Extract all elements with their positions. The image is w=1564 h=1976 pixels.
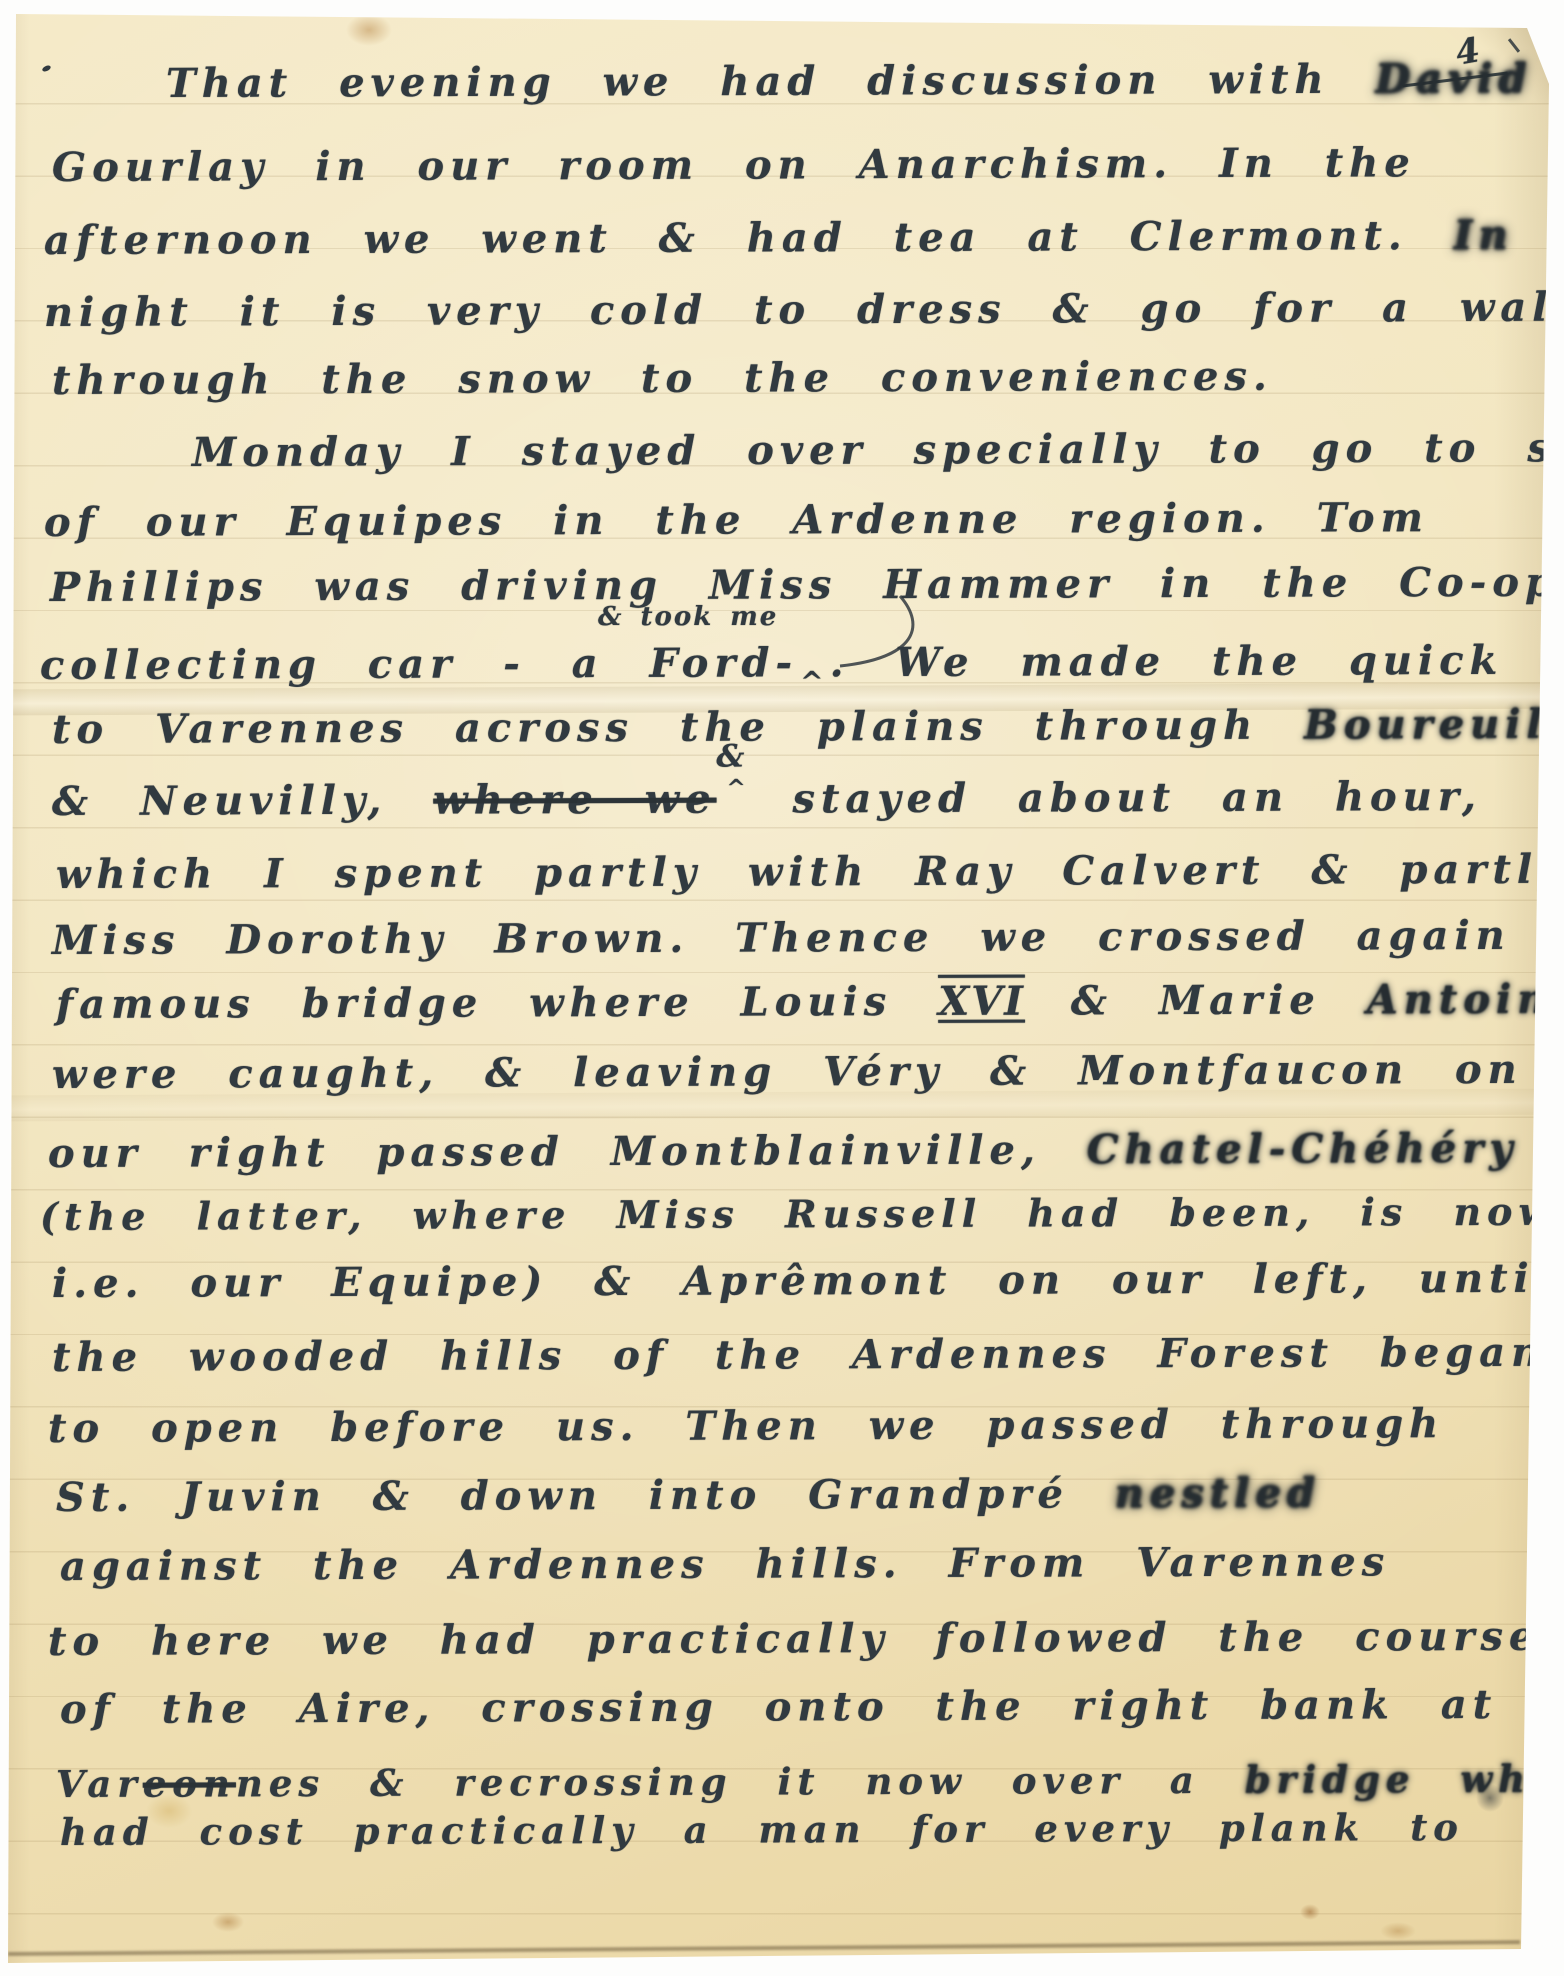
paper-stain (346, 14, 392, 46)
text-segment: nes & recrossing it now over a (236, 1758, 1245, 1806)
handwritten-line: & Neuvilly, where we&^ stayed about an h… (52, 771, 1482, 828)
smudged-text: Chatel-Chéhéry (1087, 1125, 1519, 1174)
paper-edge-shade (0, 0, 30, 1976)
letter-paper: 4 That evening we had discussion with Da… (0, 0, 1564, 1976)
text-segment: collecting car - a Ford- (40, 639, 798, 689)
strikethrough-text: where we (433, 776, 716, 824)
paper-stain (1300, 1904, 1320, 1920)
text-segment: Miss Dorothy Brown. Thence we crossed ag… (52, 912, 1557, 964)
insertion-stack: &^ (717, 803, 747, 813)
handwritten-line: had cost practically a man for every pla… (60, 1801, 1464, 1858)
interline-insertion: & took me (598, 602, 778, 632)
handwritten-line: of the Aire, crossing onto the right ban… (60, 1679, 1497, 1736)
text-segment: & Marie (1025, 976, 1367, 1024)
strikethrough-text: eon (143, 1761, 236, 1805)
text-segment: our right passed Montblainville, (48, 1126, 1087, 1177)
handwritten-line: collecting car - a Ford-^. We made the q… (40, 634, 1564, 696)
handwritten-line: against the Ardennes hills. From Varenne… (60, 1536, 1390, 1593)
letter-scan: 4 That evening we had discussion with Da… (0, 0, 1564, 1976)
handwritten-line: to open before us. Then we passed throug… (48, 1398, 1444, 1455)
paper-stain (212, 1912, 244, 1932)
handwritten-line: afternoon we went & had tea at Clermont.… (44, 209, 1564, 267)
text-segment: afternoon we went & had tea at Clermont. (44, 212, 1454, 264)
text-segment: That evening we had discussion with (166, 56, 1376, 107)
smudged-text: In the (1454, 211, 1564, 259)
smudged-text: nestled (1115, 1470, 1321, 1518)
paper-stain (1380, 1922, 1416, 1940)
handwritten-line: i.e. our Equipe) & Aprêmont on our left,… (52, 1253, 1556, 1310)
handwritten-line: the wooded hills of the Ardennes Forest … (52, 1327, 1546, 1384)
handwritten-line: to here we had practically followed the … (48, 1611, 1541, 1668)
text-segment: & Neuvilly, (52, 777, 433, 825)
smudged-text: bridge which (1245, 1757, 1564, 1802)
smudged-text: the (1557, 911, 1564, 958)
handwritten-line: Miss Dorothy Brown. Thence we crossed ag… (52, 909, 1564, 967)
handwritten-line: Gourlay in our room on Anarchism. In the (52, 137, 1416, 194)
text-segment: St. Juvin & down into Grandpré (56, 1470, 1115, 1521)
handwritten-line: That evening we had discussion with Davi… (166, 53, 1533, 110)
smudged-text: Antoinette (1367, 975, 1564, 1023)
handwritten-line: (the latter, where Miss Russell had been… (40, 1185, 1564, 1243)
text-segment: which I spent partly with Ray Calvert & … (56, 846, 1564, 898)
smudged-text: Boureuilles (1304, 700, 1564, 748)
handwritten-line: famous bridge where Louis XVI & Marie An… (56, 973, 1564, 1031)
handwritten-line: to Varennes across the plains through Bo… (52, 698, 1564, 756)
handwritten-line: St. Juvin & down into Grandpré nestled (56, 1468, 1321, 1524)
regnal-number: XVI (938, 978, 1025, 1025)
handwritten-line: were caught, & leaving Véry & Montfaucon… (52, 1044, 1523, 1101)
caret-mark: ^ (726, 763, 745, 815)
handwritten-line: our right passed Montblainville, Chatel-… (48, 1123, 1519, 1180)
handwritten-line: of our Equipes in the Ardenne region. To… (44, 492, 1429, 549)
handwritten-line: Monday I stayed over specially to go to … (192, 422, 1564, 479)
smudged-text: cut (1549, 636, 1564, 683)
text-segment: Var (56, 1762, 143, 1806)
text-segment: to Varennes across the plains through (52, 702, 1304, 753)
smudged-text: David (1375, 55, 1532, 103)
text-segment: famous bridge where Louis (56, 978, 938, 1028)
handwritten-line: through the snow to the conveniences. (52, 351, 1273, 407)
text-segment: stayed about an hour, (746, 773, 1482, 823)
handwritten-line: night it is very cold to dress & go for … (44, 282, 1564, 339)
handwritten-line: which I spent partly with Ray Calvert & … (56, 843, 1564, 901)
text-segment: . We made the quick (829, 637, 1549, 687)
